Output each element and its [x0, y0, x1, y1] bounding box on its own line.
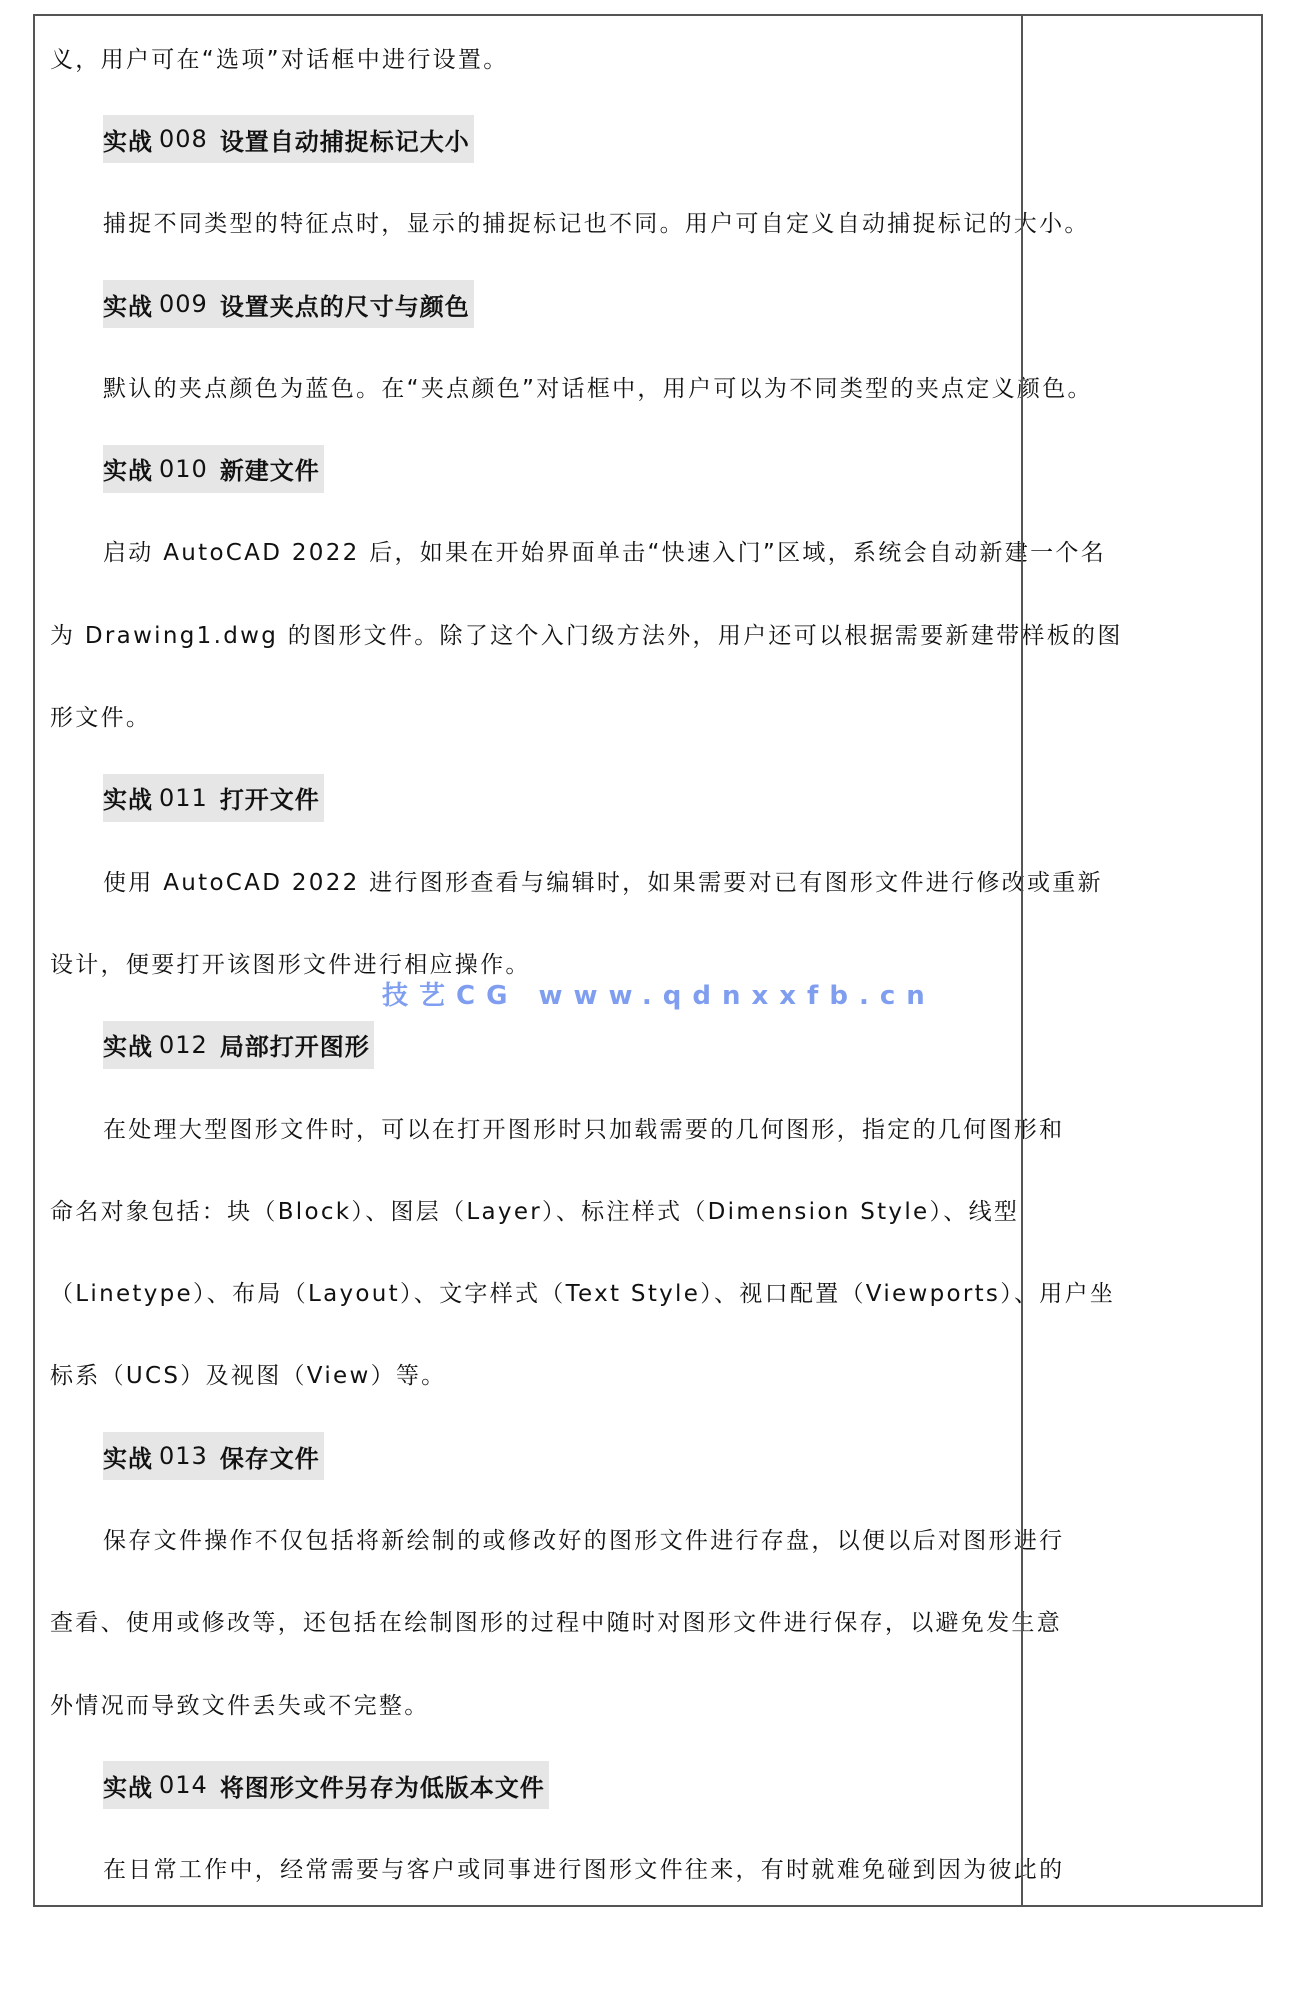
- section-heading: 实战010新建文件: [103, 445, 324, 493]
- section-heading-row: 实战010新建文件: [50, 427, 1005, 509]
- heading-prefix: 实战: [103, 1439, 153, 1474]
- heading-prefix: 实战: [103, 287, 153, 322]
- watermark: 技艺CG www.qdnxxfb.cn: [382, 975, 936, 1012]
- heading-title: 打开文件: [220, 780, 320, 815]
- paragraph-line: 默认的夹点颜色为蓝色。在“夹点颜色”对话框中，用户可以为不同类型的夹点定义颜色。: [50, 345, 1005, 427]
- heading-number: 011: [159, 784, 208, 812]
- side-cell-empty: [1023, 16, 1261, 1905]
- section-heading: 实战008设置自动捕捉标记大小: [103, 115, 474, 163]
- heading-prefix: 实战: [103, 780, 153, 815]
- section-heading-row: 实战011打开文件: [50, 757, 1005, 839]
- paragraph-line: （Linetype）、布局（Layout）、文字样式（Text Style）、视…: [50, 1250, 1005, 1332]
- paragraph-line: 义，用户可在“选项”对话框中进行设置。: [50, 16, 1005, 98]
- heading-title: 设置夹点的尺寸与颜色: [220, 287, 470, 322]
- section-heading-row: 实战009设置夹点的尺寸与颜色: [50, 263, 1005, 345]
- content-cell: 义，用户可在“选项”对话框中进行设置。实战008设置自动捕捉标记大小捕捉不同类型…: [50, 16, 1005, 1909]
- heading-title: 设置自动捕捉标记大小: [220, 122, 470, 157]
- heading-prefix: 实战: [103, 1027, 153, 1062]
- heading-number: 013: [159, 1442, 208, 1470]
- heading-title: 将图形文件另存为低版本文件: [220, 1768, 545, 1803]
- paragraph-line: 使用 AutoCAD 2022 进行图形查看与编辑时，如果需要对已有图形文件进行…: [50, 839, 1005, 921]
- paragraph-line: 在处理大型图形文件时，可以在打开图形时只加载需要的几何图形，指定的几何图形和: [50, 1086, 1005, 1168]
- paragraph-line: 保存文件操作不仅包括将新绘制的或修改好的图形文件进行存盘，以便以后对图形进行: [50, 1497, 1005, 1579]
- section-heading-row: 实战013保存文件: [50, 1415, 1005, 1497]
- paragraph-line: 形文件。: [50, 674, 1005, 756]
- section-heading: 实战011打开文件: [103, 774, 324, 822]
- heading-prefix: 实战: [103, 1768, 153, 1803]
- paragraph-line: 启动 AutoCAD 2022 后，如果在开始界面单击“快速入门”区域，系统会自…: [50, 510, 1005, 592]
- paragraph-line: 为 Drawing1.dwg 的图形文件。除了这个入门级方法外，用户还可以根据需…: [50, 592, 1005, 674]
- section-heading-row: 实战008设置自动捕捉标记大小: [50, 98, 1005, 180]
- paragraph-line: 标系（UCS）及视图（View）等。: [50, 1333, 1005, 1415]
- heading-number: 009: [159, 290, 208, 318]
- paragraph-line: 捕捉不同类型的特征点时，显示的捕捉标记也不同。用户可自定义自动捕捉标记的大小。: [50, 181, 1005, 263]
- paragraph-line: 命名对象包括：块（Block）、图层（Layer）、标注样式（Dimension…: [50, 1168, 1005, 1250]
- heading-number: 014: [159, 1771, 208, 1799]
- heading-prefix: 实战: [103, 122, 153, 157]
- heading-number: 012: [159, 1031, 208, 1059]
- heading-title: 保存文件: [220, 1439, 320, 1474]
- paragraph-line: 在日常工作中，经常需要与客户或同事进行图形文件往来，有时就难免碰到因为彼此的: [50, 1827, 1005, 1909]
- document-table: 义，用户可在“选项”对话框中进行设置。实战008设置自动捕捉标记大小捕捉不同类型…: [33, 14, 1263, 1907]
- section-heading: 实战013保存文件: [103, 1432, 324, 1480]
- heading-number: 010: [159, 455, 208, 483]
- section-heading: 实战012局部打开图形: [103, 1021, 374, 1069]
- paragraph-line: 外情况而导致文件丢失或不完整。: [50, 1662, 1005, 1744]
- section-heading: 实战014将图形文件另存为低版本文件: [103, 1761, 549, 1809]
- heading-prefix: 实战: [103, 451, 153, 486]
- heading-title: 局部打开图形: [220, 1027, 370, 1062]
- section-heading: 实战009设置夹点的尺寸与颜色: [103, 280, 474, 328]
- section-heading-row: 实战012局部打开图形: [50, 1004, 1005, 1086]
- heading-number: 008: [159, 125, 208, 153]
- section-heading-row: 实战014将图形文件另存为低版本文件: [50, 1744, 1005, 1826]
- heading-title: 新建文件: [220, 451, 320, 486]
- paragraph-line: 查看、使用或修改等，还包括在绘制图形的过程中随时对图形文件进行保存，以避免发生意: [50, 1580, 1005, 1662]
